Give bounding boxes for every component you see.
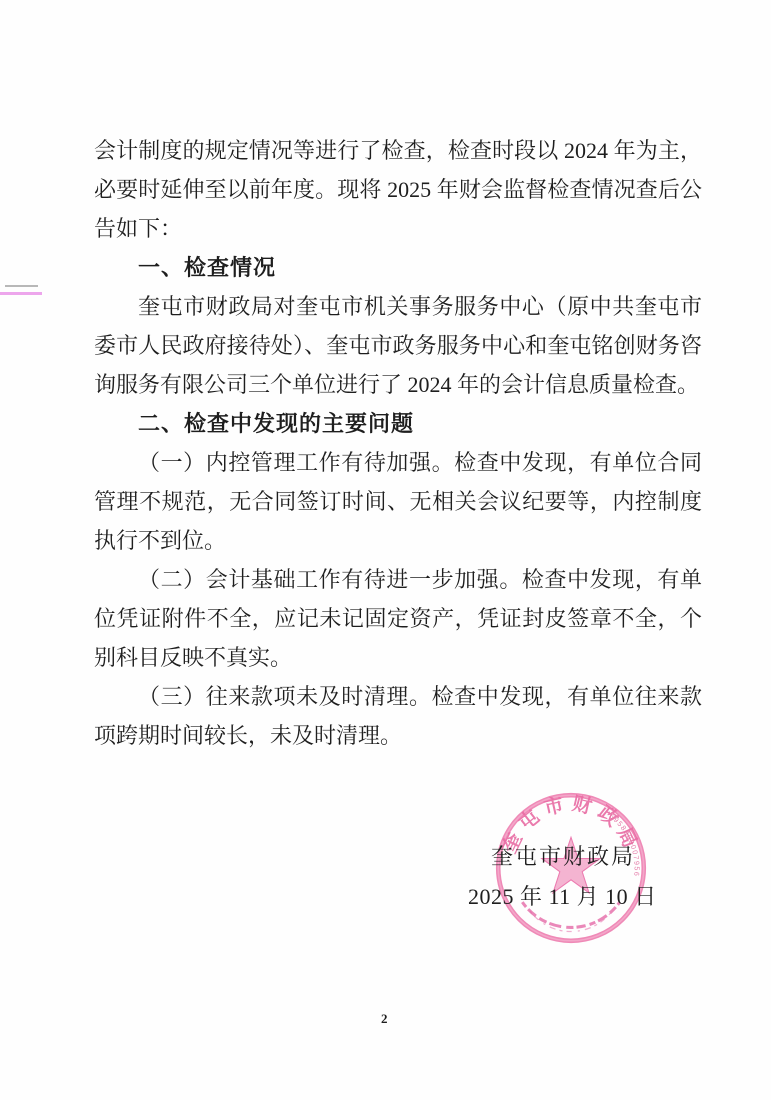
issuer-signature: 奎屯市财政局 xyxy=(491,840,635,871)
body-paragraph: （二）会计基础工作有待进一步加强。检查中发现，有单位凭证附件不全，应记未记固定资… xyxy=(94,560,702,677)
scan-mark-gray xyxy=(5,285,38,287)
section-heading: 二、检查中发现的主要问题 xyxy=(94,404,702,443)
body-paragraph: （三）往来款项未及时清理。检查中发现，有单位往来款项跨期时间较长，未及时清理。 xyxy=(94,677,702,755)
document-page: 会计制度的规定情况等进行了检查，检查时段以 2024 年为主，必要时延伸至以前年… xyxy=(0,0,771,1100)
document-body: 会计制度的规定情况等进行了检查，检查时段以 2024 年为主，必要时延伸至以前年… xyxy=(94,131,702,755)
page-number: 2 xyxy=(381,1011,388,1027)
section-heading: 一、检查情况 xyxy=(94,248,702,287)
body-paragraph: 会计制度的规定情况等进行了检查，检查时段以 2024 年为主，必要时延伸至以前年… xyxy=(94,131,702,248)
body-paragraph: 奎屯市财政局对奎屯市机关事务服务中心（原中共奎屯市委市人民政府接待处）、奎屯市政… xyxy=(94,287,702,404)
scan-mark-pink xyxy=(0,292,42,295)
issue-date: 2025 年 11 月 10 日 xyxy=(468,880,657,911)
body-paragraph: （一）内控管理工作有待加强。检查中发现，有单位合同管理不规范，无合同签订时间、无… xyxy=(94,443,702,560)
